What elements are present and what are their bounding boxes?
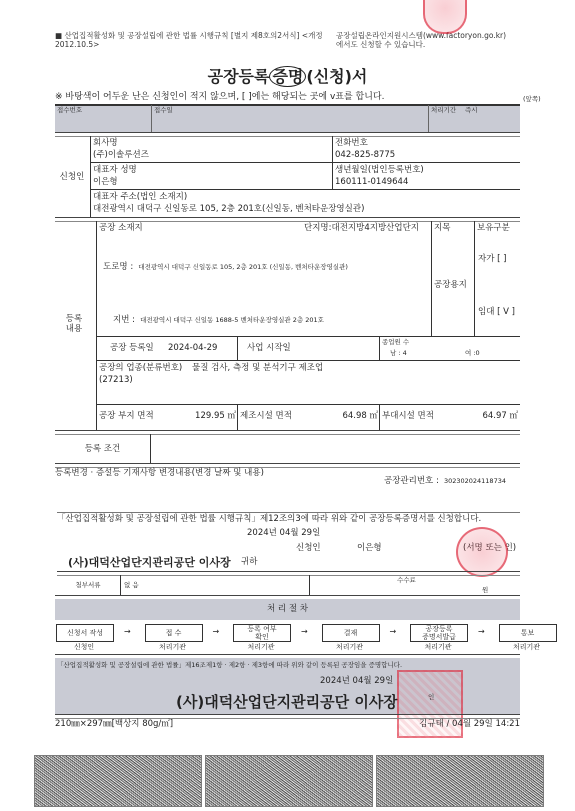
land-category-value: 공장용지 xyxy=(434,280,467,290)
site-area-label: 공장 부지 면적 xyxy=(99,411,154,421)
processing-period-label: 처리기간 xyxy=(431,106,456,114)
attachments-label: 첨부서류 xyxy=(57,581,119,589)
certification-date: 2024년 04월 29일 xyxy=(320,676,393,686)
online-notice-line2: 에서도 신청할 수 있습니다. xyxy=(336,40,551,49)
industry-label: 공장의 업종(분류번호) xyxy=(99,363,182,373)
road-address-label: 도로명 : xyxy=(103,262,133,272)
procedure-step-box: 공장등록증명서발급 xyxy=(410,624,468,642)
fee-label: 수수료 xyxy=(397,576,416,584)
conditions-label: 등록 조건 xyxy=(55,444,150,454)
aux-area-label: 부대시설 면적 xyxy=(382,411,434,421)
seal-stamp-top xyxy=(423,0,467,34)
processing-period-value: 즉시 xyxy=(465,106,478,114)
changes-label: 등록변경 · 증설등 기재사항 변경내용(변경 날짜 및 내용) xyxy=(55,468,264,478)
procedure-step-actor: 처리기관 xyxy=(492,642,562,652)
ownership-own-checkbox[interactable]: 자가 [ ] xyxy=(478,254,506,264)
company-name-value: (주)이솔루션즈 xyxy=(93,150,149,160)
arrow-right-icon: → xyxy=(390,627,397,636)
ownership-lease-checkbox[interactable]: 임대 [ V ] xyxy=(478,307,515,317)
procedure-step-actor: 처리기관 xyxy=(138,642,208,652)
representative-value: 이은형 xyxy=(93,177,118,187)
registration-label-line2: 내용 xyxy=(60,324,88,334)
procedure-step-actor: 처리기관 xyxy=(315,642,385,652)
declaration-text: 「산업집적활성화 및 공장설립에 관한 법률 시행규칙」제12조의3에 따라 위… xyxy=(57,514,481,524)
mgmt-number-label: 공장관리번호 : xyxy=(384,476,439,486)
certification-issuer: (사)대덕산업단지관리공단 이사장 xyxy=(176,691,398,712)
anti-forgery-pattern-1 xyxy=(34,755,202,807)
mfg-area-label: 제조시설 면적 xyxy=(240,411,292,421)
lot-address: 지번 : 대전광역시 대덕구 신일동 1688-5 벤처타운장영실관 2층 20… xyxy=(113,307,324,326)
phone-label: 전화번호 xyxy=(335,138,368,148)
title-suffix: (신청)서 xyxy=(306,67,367,86)
mgmt-number-value: 302302024118734 xyxy=(444,477,506,485)
arrow-right-icon: → xyxy=(213,627,220,636)
mgmt-number: 공장관리번호 : 302302024118734 xyxy=(384,468,506,487)
anti-forgery-pattern-3 xyxy=(376,755,544,807)
page-title: 공장등록증명(신청)서 xyxy=(0,64,575,87)
representative-label: 대표자 성명 xyxy=(93,165,137,175)
birth-reg-value: 160111-0149644 xyxy=(335,177,408,187)
applicant-section-label: 신청인 xyxy=(57,172,87,182)
biz-start-label: 사업 시작일 xyxy=(247,343,291,353)
registration-label-line1: 등록 xyxy=(60,314,88,324)
address-value: 대전광역시 대덕구 신일동로 105, 2층 201호(신일동, 벤처타운장영실… xyxy=(93,204,364,214)
registration-section-label: 등록 내용 xyxy=(60,314,88,334)
procedure-step-actor: 신청인 xyxy=(49,642,119,652)
lot-address-value: 대전광역시 대덕구 신일동 1688-5 벤처타운장영실관 2층 201호 xyxy=(140,316,324,324)
industry-value: 물질 검사, 측정 및 분석기구 제조업 xyxy=(192,363,323,373)
declaration-date: 2024년 04월 29일 xyxy=(247,528,320,538)
applicant-sign-label: 신청인 xyxy=(296,543,321,553)
road-address: 도로명 : 대전광역시 대덕구 신일동로 105, 2층 201호 (신일동, … xyxy=(103,254,348,273)
ownership-label: 보유구분 xyxy=(477,223,510,233)
industry-code: (27213) xyxy=(99,375,133,385)
procedure-step-box: 신청서 작성 xyxy=(56,624,114,642)
procedure-title: 처 리 절 차 xyxy=(55,604,520,614)
instruction-note: ※ 바탕색이 어두운 난은 신청인이 적지 않으며, [ ]에는 해당되는 곳에… xyxy=(55,92,384,103)
page-side: (앞쪽) xyxy=(523,95,541,103)
phone-value: 042-825-8775 xyxy=(335,150,395,160)
arrow-right-icon: → xyxy=(124,627,131,636)
procedure-step-box: 등록 여부확인 xyxy=(233,624,291,642)
recipient-suffix: 귀하 xyxy=(241,557,257,567)
issued-by: 김규태 / 04월 29일 14:21 xyxy=(413,719,520,729)
certification-text: 「산업집적활성화 및 공장설립에 관한 법률」제16조제1항 · 제2항 · 제… xyxy=(57,661,402,669)
lot-address-label: 지번 : xyxy=(113,315,135,325)
law-reference: ■ 산업집적활성화 및 공장설립에 관한 법률 시행규칙 [별지 제8호의2서식… xyxy=(55,31,345,49)
employees-female: 여 :0 xyxy=(465,349,480,357)
factory-location-label: 공장 소재지 xyxy=(99,223,143,233)
receipt-date-label: 접수일 xyxy=(154,106,173,114)
receipt-number-label: 접수번호 xyxy=(57,106,82,114)
title-circled-word: 증명 xyxy=(269,66,306,87)
recipient-name: (사)대덕산업단지관리공단 이사장 xyxy=(68,554,231,570)
procedure-step-box: 접 수 xyxy=(145,624,203,642)
applicant-sign-name: 이은형 xyxy=(357,543,382,553)
title-prefix: 공장등록 xyxy=(208,67,270,86)
land-category-label: 지목 xyxy=(434,223,450,233)
procedure-step-actor: 처리기관 xyxy=(226,642,296,652)
reg-date-value: 2024-04-29 xyxy=(168,343,217,353)
employees-male: 남 : 4 xyxy=(390,349,407,357)
address-label: 대표자 주소(법인 소재지) xyxy=(93,192,187,202)
site-area-value: 129.95 ㎡ xyxy=(170,411,236,421)
fee-unit: 원 xyxy=(482,586,488,594)
attachments-value: 없 음 xyxy=(124,581,139,589)
employees-label: 종업원 수 xyxy=(382,338,409,346)
reg-date-label: 공장 등록일 xyxy=(110,343,154,353)
aux-area-value: 64.97 ㎡ xyxy=(450,411,518,421)
paper-spec: 210㎜×297㎜[백상지 80g/㎡] xyxy=(55,719,173,729)
company-seal-stamp xyxy=(456,527,508,577)
procedure-step-box: 통보 xyxy=(499,624,557,642)
mfg-area-value: 64.98 ㎡ xyxy=(310,411,378,421)
seal-mark: 인 xyxy=(428,693,434,701)
procedure-step-box: 결재 xyxy=(322,624,380,642)
complex-name: 단지명:대전지방4지방산업단지 xyxy=(304,223,419,233)
company-name-label: 회사명 xyxy=(93,138,118,148)
arrow-right-icon: → xyxy=(301,627,308,636)
arrow-right-icon: → xyxy=(478,627,485,636)
birth-reg-label: 생년월일(법인등록번호) xyxy=(335,165,424,175)
procedure-step-actor: 처리기관 xyxy=(403,642,473,652)
road-address-value: 대전광역시 대덕구 신일동로 105, 2층 201호 (신일동, 벤처타운장영… xyxy=(138,263,348,271)
anti-forgery-pattern-2 xyxy=(205,755,373,807)
